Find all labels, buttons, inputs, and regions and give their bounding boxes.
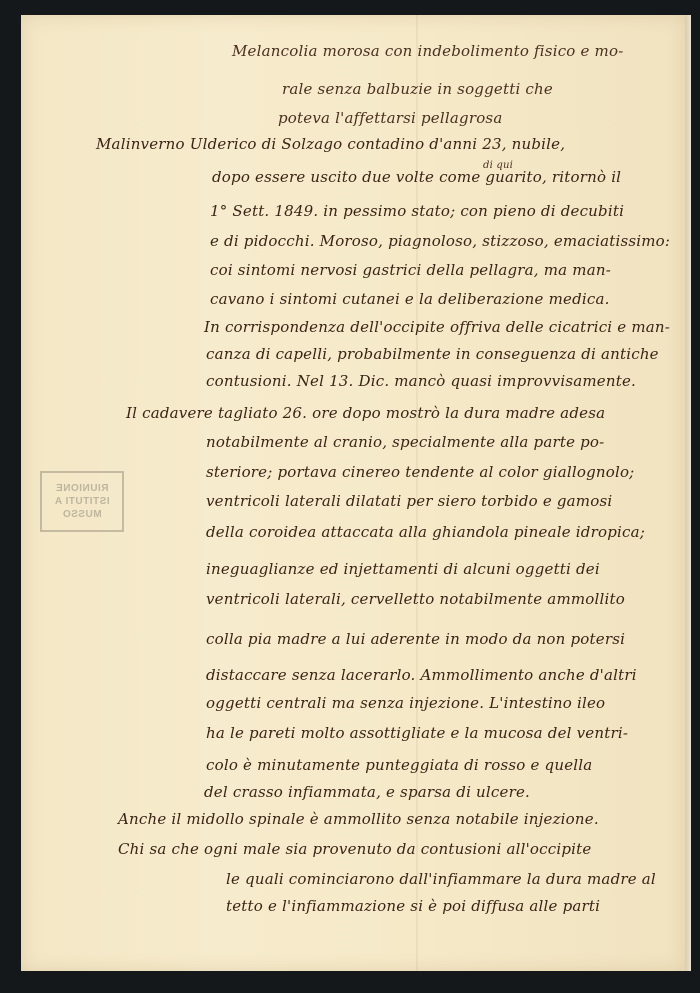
- body-line: Il cadavere tagliato 26. ore dopo mostrò…: [126, 404, 605, 422]
- stamp-line: MUSSO: [62, 508, 101, 521]
- library-stamp-bleedthrough: RIUNIONE ISTITUTI A MUSSO: [40, 471, 124, 532]
- body-line: oggetti centrali ma senza injezione. L'i…: [206, 694, 605, 712]
- heading-line: poteva l'affettarsi pellagrosa: [278, 109, 502, 127]
- body-line: e di pidocchi. Moroso, piagnoloso, stizz…: [210, 232, 670, 250]
- body-line: le quali cominciarono dall'infiammare la…: [226, 870, 656, 888]
- body-line: Chi sa che ogni male sia provenuto da co…: [118, 840, 591, 858]
- body-line: Anche il midollo spinale è ammollito sen…: [118, 810, 599, 828]
- body-line: ha le pareti molto assottigliate e la mu…: [206, 724, 628, 742]
- body-line: coi sintomi nervosi gastrici della pella…: [210, 261, 611, 279]
- body-line: tetto e l'infiammazione si è poi diffusa…: [226, 897, 600, 915]
- body-line: 1° Sett. 1849. in pessimo stato; con pie…: [210, 202, 624, 220]
- body-line: distaccare senza lacerarlo. Ammollimento…: [206, 666, 637, 684]
- body-line: steriore; portava cinereo tendente al co…: [206, 463, 634, 481]
- body-line: cavano i sintomi cutanei e la deliberazi…: [210, 290, 610, 308]
- stamp-line: RIUNIONE: [56, 482, 109, 495]
- body-line: ineguaglianze ed injettamenti di alcuni …: [206, 560, 600, 578]
- body-line: ventricoli laterali dilatati per siero t…: [206, 492, 612, 510]
- heading-line: rale senza balbuzie in soggetti che: [282, 80, 553, 98]
- body-line: del crasso infiammata, e sparsa di ulcer…: [204, 783, 530, 801]
- body-line: notabilmente al cranio, specialmente all…: [206, 433, 604, 451]
- body-line: colo è minutamente punteggiata di rosso …: [206, 756, 592, 774]
- body-line: colla pia madre a lui aderente in modo d…: [206, 630, 625, 648]
- body-line: della coroidea attaccata alla ghiandola …: [206, 523, 645, 541]
- body-line: In corrispondenza dell'occipite offriva …: [204, 318, 670, 336]
- stamp-line: ISTITUTI A: [54, 495, 109, 508]
- body-line: canza di capelli, probabilmente in conse…: [206, 345, 659, 363]
- body-line: contusioni. Nel 13. Dic. mancò quasi imp…: [206, 372, 636, 390]
- body-line: Malinverno Ulderico di Solzago contadino…: [96, 135, 565, 153]
- body-line: ventricoli laterali, cervelletto notabil…: [206, 590, 625, 608]
- body-line: dopo essere uscito due volte come guarit…: [212, 168, 621, 186]
- heading-line: Melancolia morosa con indebolimento fisi…: [232, 42, 623, 60]
